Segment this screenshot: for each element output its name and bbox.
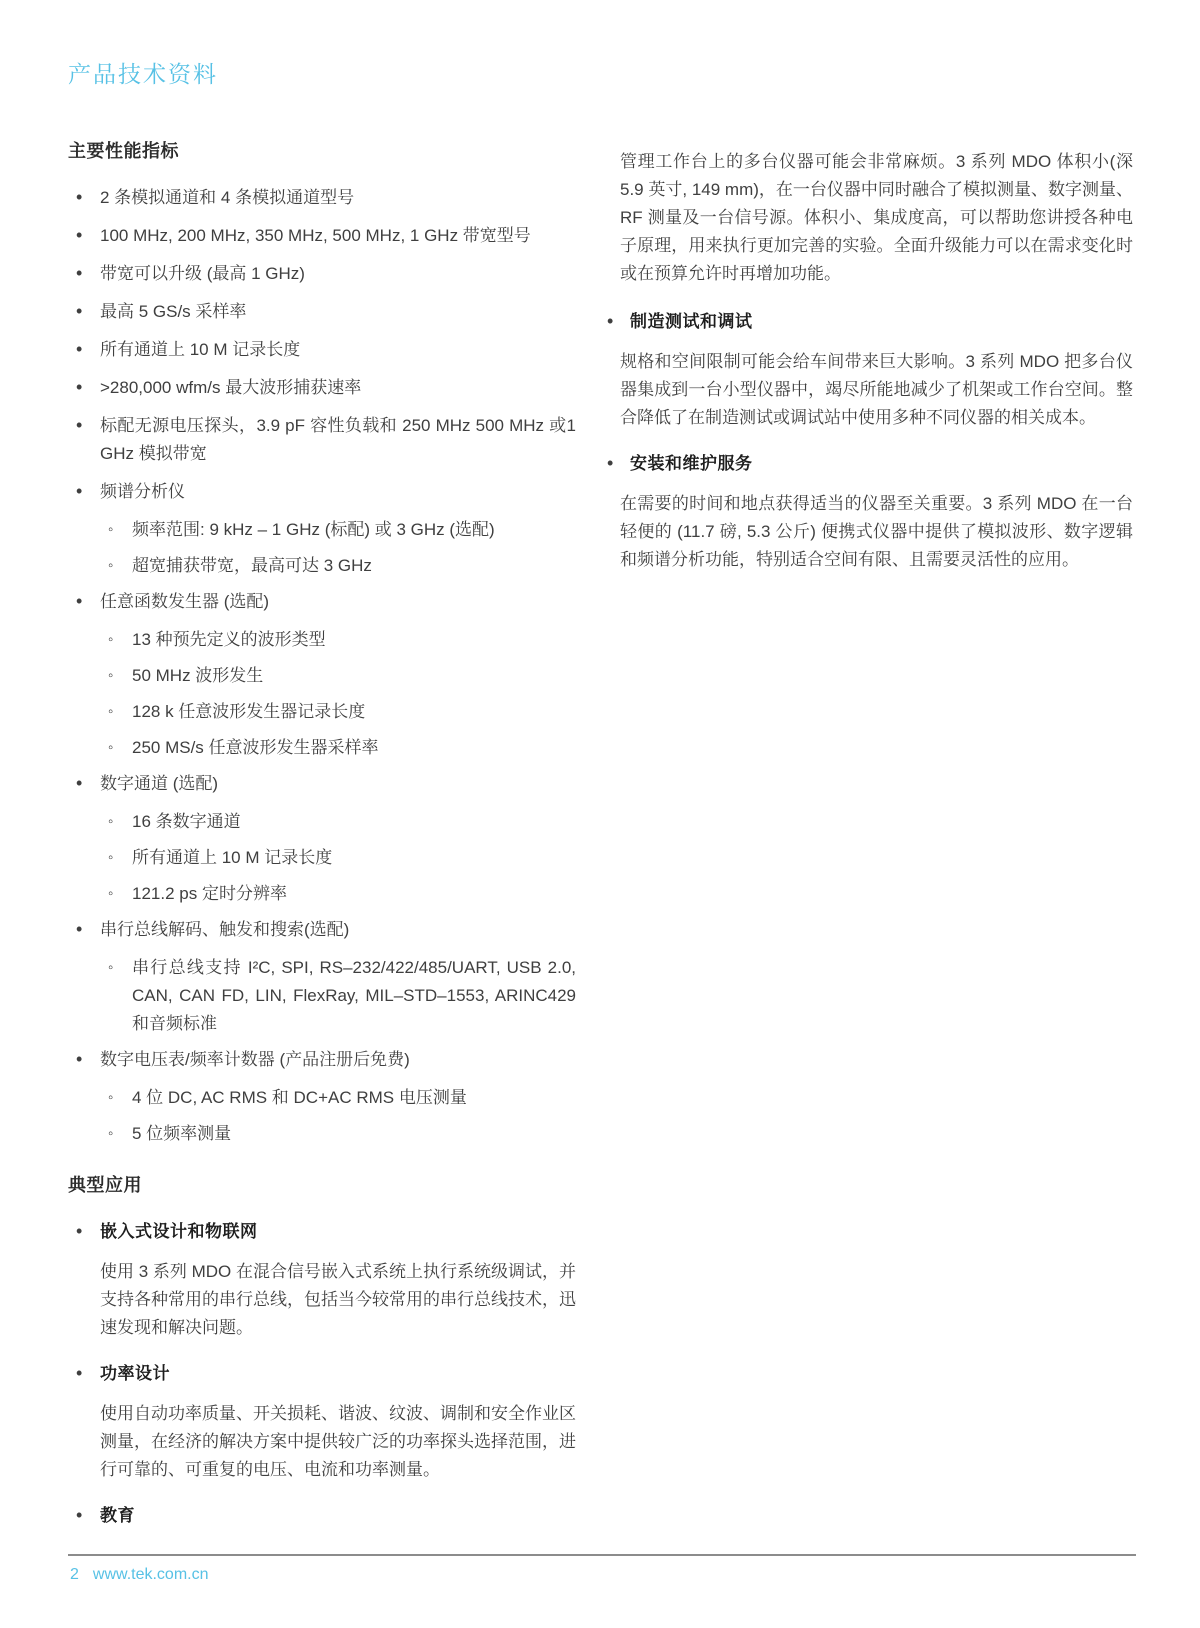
bullet-dot-icon: • <box>76 297 82 325</box>
bullet-circle-icon: ◦ <box>108 880 113 908</box>
bullet-dot-icon: • <box>76 769 82 797</box>
bullet-dot-icon: • <box>76 221 82 249</box>
application-title: 嵌入式设计和物联网 <box>100 1218 576 1246</box>
feature-text: 100 MHz, 200 MHz, 350 MHz, 500 MHz, 1 GH… <box>100 226 531 245</box>
feature-text: 带宽可以升级 (最高 1 GHz) <box>100 264 305 283</box>
application-body: 使用自动功率质量、开关损耗、谐波、纹波、调制和安全作业区测量，在经济的解决方案中… <box>100 1400 576 1484</box>
feature-text: 任意函数发生器 (选配) <box>100 592 269 611</box>
footer-divider <box>68 1554 1136 1556</box>
feature-text: 频率范围: 9 kHz – 1 GHz (标配) 或 3 GHz (选配) <box>132 520 495 539</box>
feature-item: •所有通道上 10 M 记录长度 <box>68 336 576 364</box>
key-features-heading: 主要性能指标 <box>68 140 576 162</box>
bullet-circle-icon: ◦ <box>108 954 113 982</box>
page-kicker: 产品技术资料 <box>68 56 218 89</box>
bullet-dot-icon: • <box>76 1359 82 1387</box>
feature-subitem: ◦16 条数字通道 <box>68 808 576 836</box>
bullet-dot-icon: • <box>76 477 82 505</box>
feature-text: 4 位 DC, AC RMS 和 DC+AC RMS 电压测量 <box>132 1088 467 1107</box>
feature-item: •带宽可以升级 (最高 1 GHz) <box>68 260 576 288</box>
left-column: 主要性能指标 •2 条模拟通道和 4 条模拟通道型号 •100 MHz, 200… <box>68 140 576 1548</box>
topic-item: • 制造测试和调试 规格和空间限制可能会给车间带来巨大影响。3 系列 MDO 把… <box>607 308 1133 432</box>
feature-text: 串行总线支持 I²C, SPI, RS–232/422/485/UART, US… <box>132 958 576 1033</box>
bullet-dot-icon: • <box>76 1501 82 1529</box>
application-title: 功率设计 <box>100 1360 576 1388</box>
feature-subitem: ◦串行总线支持 I²C, SPI, RS–232/422/485/UART, U… <box>68 954 576 1038</box>
feature-item: •标配无源电压探头，3.9 pF 容性负载和 250 MHz 500 MHz 或… <box>68 412 576 468</box>
topic-body: 在需要的时间和地点获得适当的仪器至关重要。3 系列 MDO 在一台轻便的 (11… <box>620 490 1133 574</box>
bullet-dot-icon: • <box>76 1045 82 1073</box>
right-column: 管理工作台上的多台仪器可能会非常麻烦。3 系列 MDO 体积小(深 5.9 英寸… <box>607 148 1133 592</box>
feature-subitem: ◦50 MHz 波形发生 <box>68 662 576 690</box>
feature-subitem: ◦13 种预先定义的波形类型 <box>68 626 576 654</box>
feature-item: •>280,000 wfm/s 最大波形捕获速率 <box>68 374 576 402</box>
topic-item: • 安装和维护服务 在需要的时间和地点获得适当的仪器至关重要。3 系列 MDO … <box>607 450 1133 574</box>
page-number: 2 <box>70 1566 79 1583</box>
topic-title: 安装和维护服务 <box>630 450 1133 478</box>
feature-subitem: ◦所有通道上 10 M 记录长度 <box>68 844 576 872</box>
key-features-list: •2 条模拟通道和 4 条模拟通道型号 •100 MHz, 200 MHz, 3… <box>68 184 576 1148</box>
feature-text: 数字通道 (选配) <box>100 774 218 793</box>
bullet-circle-icon: ◦ <box>108 516 113 544</box>
feature-text: 13 种预先定义的波形类型 <box>132 630 326 649</box>
feature-item: •频谱分析仪 <box>68 478 576 506</box>
feature-text: 250 MS/s 任意波形发生器采样率 <box>132 738 379 757</box>
feature-text: >280,000 wfm/s 最大波形捕获速率 <box>100 378 361 397</box>
feature-subitem: ◦4 位 DC, AC RMS 和 DC+AC RMS 电压测量 <box>68 1084 576 1112</box>
feature-text: 最高 5 GS/s 采样率 <box>100 302 246 321</box>
feature-subitem: ◦频率范围: 9 kHz – 1 GHz (标配) 或 3 GHz (选配) <box>68 516 576 544</box>
application-item: • 教育 <box>68 1502 576 1530</box>
bullet-circle-icon: ◦ <box>108 662 113 690</box>
feature-item: •最高 5 GS/s 采样率 <box>68 298 576 326</box>
bullet-dot-icon: • <box>76 259 82 287</box>
datasheet-page: 产品技术资料 主要性能指标 •2 条模拟通道和 4 条模拟通道型号 •100 M… <box>0 0 1200 1628</box>
feature-text: 2 条模拟通道和 4 条模拟通道型号 <box>100 188 354 207</box>
application-body: 使用 3 系列 MDO 在混合信号嵌入式系统上执行系统级调试，并支持各种常用的串… <box>100 1258 576 1342</box>
bullet-dot-icon: • <box>607 449 613 477</box>
feature-item: •数字通道 (选配) <box>68 770 576 798</box>
feature-subitem: ◦128 k 任意波形发生器记录长度 <box>68 698 576 726</box>
feature-text: 16 条数字通道 <box>132 812 241 831</box>
feature-text: 串行总线解码、触发和搜索(选配) <box>100 920 349 939</box>
topic-body: 规格和空间限制可能会给车间带来巨大影响。3 系列 MDO 把多台仪器集成到一台小… <box>620 348 1133 432</box>
bullet-dot-icon: • <box>76 587 82 615</box>
bullet-circle-icon: ◦ <box>108 1084 113 1112</box>
right-topics-list: • 制造测试和调试 规格和空间限制可能会给车间带来巨大影响。3 系列 MDO 把… <box>607 308 1133 574</box>
feature-text: 50 MHz 波形发生 <box>132 666 263 685</box>
applications-list: • 嵌入式设计和物联网 使用 3 系列 MDO 在混合信号嵌入式系统上执行系统级… <box>68 1218 576 1530</box>
bullet-dot-icon: • <box>76 335 82 363</box>
bullet-circle-icon: ◦ <box>108 734 113 762</box>
feature-text: 标配无源电压探头，3.9 pF 容性负载和 250 MHz 500 MHz 或1… <box>100 416 576 463</box>
bullet-dot-icon: • <box>76 373 82 401</box>
bullet-circle-icon: ◦ <box>108 844 113 872</box>
feature-text: 所有通道上 10 M 记录长度 <box>132 848 332 867</box>
application-item: • 嵌入式设计和物联网 使用 3 系列 MDO 在混合信号嵌入式系统上执行系统级… <box>68 1218 576 1342</box>
bullet-circle-icon: ◦ <box>108 1120 113 1148</box>
feature-subitem: ◦250 MS/s 任意波形发生器采样率 <box>68 734 576 762</box>
feature-text: 数字电压表/频率计数器 (产品注册后免费) <box>100 1050 410 1069</box>
bullet-circle-icon: ◦ <box>108 808 113 836</box>
bullet-dot-icon: • <box>76 411 82 439</box>
feature-item: •数字电压表/频率计数器 (产品注册后免费) <box>68 1046 576 1074</box>
feature-text: 频谱分析仪 <box>100 482 185 501</box>
feature-text: 超宽捕获带宽，最高可达 3 GHz <box>132 556 372 575</box>
bullet-dot-icon: • <box>76 183 82 211</box>
feature-item: •任意函数发生器 (选配) <box>68 588 576 616</box>
application-item: • 功率设计 使用自动功率质量、开关损耗、谐波、纹波、调制和安全作业区测量，在经… <box>68 1360 576 1484</box>
feature-subitem: ◦5 位频率测量 <box>68 1120 576 1148</box>
applications-heading: 典型应用 <box>68 1174 576 1196</box>
bullet-dot-icon: • <box>76 915 82 943</box>
bullet-dot-icon: • <box>76 1217 82 1245</box>
intro-paragraph: 管理工作台上的多台仪器可能会非常麻烦。3 系列 MDO 体积小(深 5.9 英寸… <box>620 148 1133 288</box>
feature-text: 5 位频率测量 <box>132 1124 231 1143</box>
bullet-circle-icon: ◦ <box>108 552 113 580</box>
footer-url[interactable]: www.tek.com.cn <box>93 1566 209 1583</box>
feature-text: 121.2 ps 定时分辨率 <box>132 884 287 903</box>
feature-subitem: ◦121.2 ps 定时分辨率 <box>68 880 576 908</box>
application-title: 教育 <box>100 1502 576 1530</box>
page-footer: 2www.tek.com.cn <box>70 1566 209 1584</box>
bullet-dot-icon: • <box>607 307 613 335</box>
feature-text: 所有通道上 10 M 记录长度 <box>100 340 300 359</box>
feature-item: •100 MHz, 200 MHz, 350 MHz, 500 MHz, 1 G… <box>68 222 576 250</box>
feature-subitem: ◦超宽捕获带宽，最高可达 3 GHz <box>68 552 576 580</box>
feature-text: 128 k 任意波形发生器记录长度 <box>132 702 365 721</box>
bullet-circle-icon: ◦ <box>108 698 113 726</box>
topic-title: 制造测试和调试 <box>630 308 1133 336</box>
feature-item: •2 条模拟通道和 4 条模拟通道型号 <box>68 184 576 212</box>
feature-item: •串行总线解码、触发和搜索(选配) <box>68 916 576 944</box>
bullet-circle-icon: ◦ <box>108 626 113 654</box>
